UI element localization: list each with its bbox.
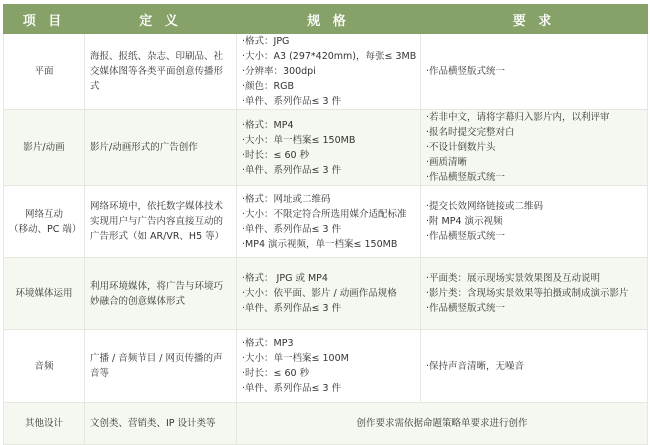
item-cell: 音频	[4, 330, 85, 403]
requirement-cell: ·平面类：展示现场实景效果图及互动说明 ·影片类：含现场实景效果等拍摄或制成演示…	[421, 258, 648, 330]
requirement-line: ·报名时提交完整对白	[426, 125, 642, 140]
spec-line: ·MP4 演示视频，单一档案≤ 150MB	[242, 237, 415, 252]
requirement-cell: ·提交长效网络链接或二维码 ·附 MP4 演示视频 ·作品横竖版式统一	[421, 186, 648, 258]
requirement-line: ·平面类：展示现场实景效果图及互动说明	[426, 271, 642, 286]
header-definition: 定 义	[85, 5, 237, 34]
table-row: 网络互动 （移动、PC 端） 网络环境中，依托数字媒体技术实现用户与广告内容直接…	[4, 186, 648, 258]
spec-line: ·单件、系列作品≤ 3 件	[242, 163, 415, 178]
table-row: 影片/动画 影片/动画形式的广告创作 ·格式：MP4 ·大小：单一档案≤ 150…	[4, 110, 648, 186]
header-item: 项 目	[4, 5, 85, 34]
spec-line: ·颜色：RGB	[242, 79, 415, 94]
spec-line: ·格式：网址或二维码	[242, 192, 415, 207]
item-cell: 环境媒体运用	[4, 258, 85, 330]
table-row: 环境媒体运用 利用环境媒体，将广告与环境巧妙融合的创意媒体形式 ·格式： JPG…	[4, 258, 648, 330]
item-sublabel: （移动、PC 端）	[9, 222, 79, 237]
spec-line: ·大小：依平面、影片 / 动画作品规格	[242, 286, 415, 301]
requirement-line: ·作品横竖版式统一	[426, 64, 642, 79]
spec-line: ·大小：不限定符合所选用媒介适配标准	[242, 207, 415, 222]
definition-cell: 广播 / 音频节目 / 网页传播的声音等	[85, 330, 237, 403]
requirement-line: ·影片类：含现场实景效果等拍摄或制成演示影片	[426, 286, 642, 301]
definition-cell: 影片/动画形式的广告创作	[85, 110, 237, 186]
requirement-line: ·保持声音清晰，无噪音	[426, 359, 642, 374]
requirement-line: ·画质清晰	[426, 155, 642, 170]
spec-line: ·大小：单一档案≤ 100M	[242, 351, 415, 366]
spec-line: ·大小：A3 (297*420mm)，每张≤ 3MB	[242, 49, 415, 64]
spec-line: ·格式： JPG 或 MP4	[242, 271, 415, 286]
spec-line: ·格式：JPG	[242, 34, 415, 49]
table-row: 平面 海报、报纸、杂志、印刷品、社交媒体图等各类平面创意传播形式 ·格式：JPG…	[4, 34, 648, 110]
spec-line: ·格式：MP3	[242, 336, 415, 351]
header-spec: 规 格	[237, 5, 421, 34]
spec-cell: ·格式：MP4 ·大小：单一档案≤ 150MB ·时长：≤ 60 秒 ·单件、系…	[237, 110, 421, 186]
spec-line: ·单件、系列作品≤ 3 件	[242, 222, 415, 237]
requirement-line: ·附 MP4 演示视频	[426, 214, 642, 229]
table-row: 音频 广播 / 音频节目 / 网页传播的声音等 ·格式：MP3 ·大小：单一档案…	[4, 330, 648, 403]
requirement-line: ·若非中文，请将字幕归入影片内，以利评审	[426, 110, 642, 125]
definition-cell: 网络环境中，依托数字媒体技术实现用户与广告内容直接互动的广告形式（如 AR/VR…	[85, 186, 237, 258]
requirement-line: ·作品横竖版式统一	[426, 170, 642, 185]
header-row: 项 目 定 义 规 格 要 求	[4, 5, 648, 34]
spec-line: ·分辨率：300dpi	[242, 64, 415, 79]
requirement-line: ·作品横竖版式统一	[426, 229, 642, 244]
spec-line: ·格式：MP4	[242, 118, 415, 133]
spec-cell: ·格式：MP3 ·大小：单一档案≤ 100M ·时长：≤ 60 秒 ·单件、系列…	[237, 330, 421, 403]
spec-line: ·单件、系列作品≤ 3 件	[242, 301, 415, 316]
definition-cell: 海报、报纸、杂志、印刷品、社交媒体图等各类平面创意传播形式	[85, 34, 237, 110]
requirement-cell: ·若非中文，请将字幕归入影片内，以利评审 ·报名时提交完整对白 ·不设计倒数片头…	[421, 110, 648, 186]
spec-cell: ·格式：JPG ·大小：A3 (297*420mm)，每张≤ 3MB ·分辨率：…	[237, 34, 421, 110]
item-cell: 影片/动画	[4, 110, 85, 186]
spec-line: ·时长：≤ 60 秒	[242, 148, 415, 163]
merged-requirement-cell: 创作要求需依据命题策略单要求进行创作	[237, 403, 648, 437]
requirement-cell: ·作品横竖版式统一	[421, 34, 648, 110]
definition-cell: 利用环境媒体，将广告与环境巧妙融合的创意媒体形式	[85, 258, 237, 330]
requirement-line: ·不设计倒数片头	[426, 140, 642, 155]
spec-line: ·单件、系列作品≤ 3 件	[242, 94, 415, 109]
definition-cell: 文创类、营销类、IP 设计类等	[85, 403, 237, 437]
spec-line: ·大小：单一档案≤ 150MB	[242, 133, 415, 148]
requirement-line: ·作品横竖版式统一	[426, 301, 642, 316]
item-label: 网络互动	[9, 207, 79, 222]
item-cell: 其他设计	[4, 403, 85, 437]
item-cell: 网络互动 （移动、PC 端）	[4, 186, 85, 258]
spec-table: 项 目 定 义 规 格 要 求 平面 海报、报纸、杂志、印刷品、社交媒体图等各类…	[3, 4, 648, 436]
header-requirement: 要 求	[421, 5, 648, 34]
item-cell: 平面	[4, 34, 85, 110]
requirement-line: ·提交长效网络链接或二维码	[426, 199, 642, 214]
table-row: 其他设计 文创类、营销类、IP 设计类等 创作要求需依据命题策略单要求进行创作	[4, 403, 648, 437]
spec-line: ·时长：≤ 60 秒	[242, 366, 415, 381]
requirement-cell: ·保持声音清晰，无噪音	[421, 330, 648, 403]
spec-line: ·单件、系列作品≤ 3 件	[242, 381, 415, 396]
spec-cell: ·格式： JPG 或 MP4 ·大小：依平面、影片 / 动画作品规格 ·单件、系…	[237, 258, 421, 330]
spec-cell: ·格式：网址或二维码 ·大小：不限定符合所选用媒介适配标准 ·单件、系列作品≤ …	[237, 186, 421, 258]
